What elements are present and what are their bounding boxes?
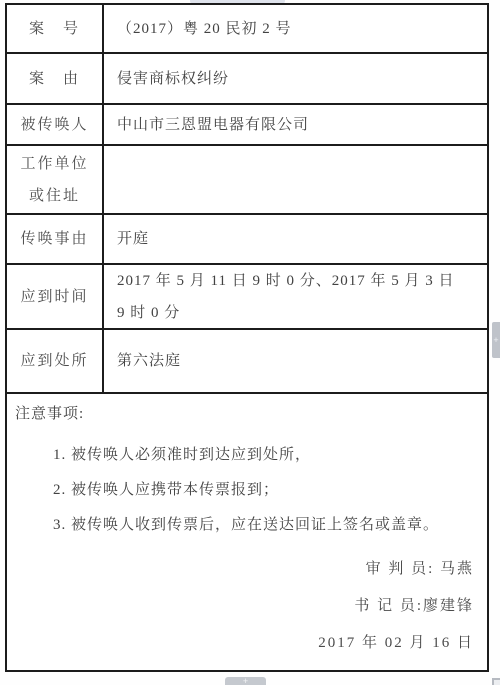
row-label: 工作单位 或住址 xyxy=(7,146,104,213)
row-label: 案 号 xyxy=(7,5,104,52)
row-value: 中山市三恩盟电器有限公司 xyxy=(104,105,487,144)
note-item: 3. 被传唤人收到传票后，应在送达回证上签名或盖章。 xyxy=(53,508,477,543)
table-row-work-unit-address: 工作单位 或住址 xyxy=(7,146,487,215)
row-label: 被传唤人 xyxy=(7,105,104,144)
note-item: 1. 被传唤人必须准时到达应到处所， xyxy=(53,438,477,473)
notes-list: 1. 被传唤人必须准时到达应到处所， 2. 被传唤人应携带本传票报到； 3. 被… xyxy=(53,438,477,543)
bottom-scroll-plus-button[interactable]: + xyxy=(225,677,266,685)
appearance-time-value: 2017 年 5 月 11 日 9 时 0 分、2017 年 5 月 3 日 9… xyxy=(117,265,465,329)
row-value: 第六法庭 xyxy=(104,330,487,392)
row-label: 案 由 xyxy=(7,54,104,103)
case-number-value: （2017）粤 20 民初 2 号 xyxy=(117,13,292,45)
row-label: 应到时间 xyxy=(7,265,104,328)
table-row-cause: 案 由 侵害商标权纠纷 xyxy=(7,54,487,105)
signature-block: 审 判 员: 马燕 书 记 员:廖建锋 2017 年 02 月 16 日 xyxy=(318,551,474,662)
judge-signature: 审 判 员: 马燕 xyxy=(318,551,474,588)
notes-section: 注意事项: 1. 被传唤人必须准时到达应到处所， 2. 被传唤人应携带本传票报到… xyxy=(7,394,487,670)
row-label-text: 案 由 xyxy=(29,63,80,95)
row-label-line1: 工作单位 xyxy=(20,148,88,180)
row-label-text: 被传唤人 xyxy=(20,109,88,141)
row-value: 开庭 xyxy=(104,215,487,263)
table-row-summoned-person: 被传唤人 中山市三恩盟电器有限公司 xyxy=(7,105,487,146)
row-value: （2017）粤 20 民初 2 号 xyxy=(104,5,487,52)
row-value: 2017 年 5 月 11 日 9 时 0 分、2017 年 5 月 3 日 9… xyxy=(104,265,487,328)
table-row-case-number: 案 号 （2017）粤 20 民初 2 号 xyxy=(7,5,487,54)
notes-title: 注意事项: xyxy=(15,402,84,423)
row-label: 应到处所 xyxy=(7,330,104,392)
row-label: 传唤事由 xyxy=(7,215,104,263)
summons-reason-value: 开庭 xyxy=(117,223,149,255)
row-label-text: 传唤事由 xyxy=(20,223,88,255)
table-row-summons-reason: 传唤事由 开庭 xyxy=(7,215,487,265)
document-date: 2017 年 02 月 16 日 xyxy=(318,625,474,662)
scrollbar-corner-mark xyxy=(492,678,500,685)
plus-icon: + xyxy=(493,335,498,345)
row-value xyxy=(104,146,487,213)
row-label-text: 应到时间 xyxy=(20,281,88,313)
row-label-text: 案 号 xyxy=(29,13,80,45)
note-item: 2. 被传唤人应携带本传票报到； xyxy=(53,473,477,508)
appearance-place-value: 第六法庭 xyxy=(117,345,181,377)
summoned-person-value: 中山市三恩盟电器有限公司 xyxy=(117,109,309,141)
summons-table: 案 号 （2017）粤 20 民初 2 号 案 由 侵害商标权纠纷 被传唤人 中… xyxy=(5,3,489,672)
clerk-signature: 书 记 员:廖建锋 xyxy=(318,588,474,625)
cause-value: 侵害商标权纠纷 xyxy=(117,63,229,95)
right-scroll-plus-button[interactable]: + xyxy=(492,322,500,358)
table-row-appearance-place: 应到处所 第六法庭 xyxy=(7,330,487,394)
row-label-text: 应到处所 xyxy=(20,345,88,377)
row-label-line2: 或住址 xyxy=(29,180,80,212)
plus-icon: + xyxy=(243,677,248,685)
row-value: 侵害商标权纠纷 xyxy=(104,54,487,103)
summons-document-page: 案 号 （2017）粤 20 民初 2 号 案 由 侵害商标权纠纷 被传唤人 中… xyxy=(0,0,500,685)
table-row-appearance-time: 应到时间 2017 年 5 月 11 日 9 时 0 分、2017 年 5 月 … xyxy=(7,265,487,330)
